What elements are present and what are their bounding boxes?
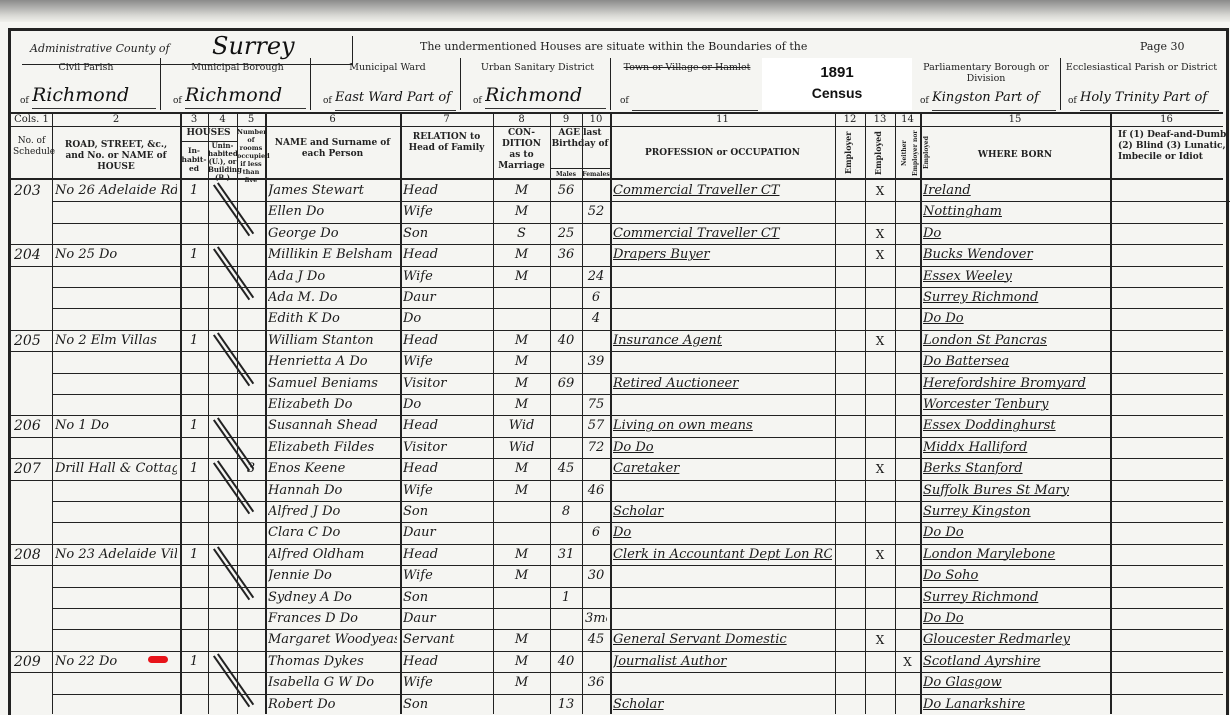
cell-name: Ellen Do bbox=[268, 203, 397, 221]
cell-born: Worcester Tenbury bbox=[923, 396, 1107, 414]
cell-relation: Son bbox=[403, 589, 490, 607]
header-field-divider bbox=[310, 58, 311, 110]
column-header-c12: Employer bbox=[843, 130, 854, 176]
cell-born: Surrey Kingston bbox=[923, 503, 1107, 521]
table-row: Hannah DoWifeM46Suffolk Bures St Mary bbox=[11, 480, 1223, 501]
table-row: 207Drill Hall & Cottage13Enos KeeneHeadM… bbox=[11, 458, 1223, 479]
table-row: Jennie DoWifeM30Do Soho bbox=[11, 565, 1223, 586]
cell-relation: Daur bbox=[403, 289, 490, 307]
table-row: Elizabeth FildesVisitorWid72Do DoMiddx H… bbox=[11, 437, 1223, 458]
cell-female-age: 6 bbox=[585, 289, 607, 307]
cell-address: No 1 Do bbox=[55, 417, 177, 435]
admin-county-box: Administrative County of Surrey bbox=[22, 36, 353, 65]
household-divider bbox=[11, 415, 1223, 416]
cell-female-age: 30 bbox=[585, 567, 607, 585]
cell-male-age: 56 bbox=[553, 182, 579, 200]
cell-relation: Head bbox=[403, 460, 490, 478]
cell-born: Surrey Richmond bbox=[923, 589, 1107, 607]
cell-occupation: Retired Auctioneer bbox=[613, 375, 832, 393]
cell-schedule: 203 bbox=[14, 182, 49, 200]
of-prefix: of bbox=[473, 96, 482, 106]
header-field-value: Kingston Part of bbox=[932, 90, 1056, 111]
cell-female-age: 75 bbox=[585, 396, 607, 414]
column-header-c8: CON-DITION as to Marriage bbox=[495, 128, 548, 172]
column-number: 3 bbox=[180, 114, 208, 125]
cell-name: Ada M. Do bbox=[268, 289, 397, 307]
cell-name: Elizabeth Do bbox=[268, 396, 397, 414]
column-header-c5: Number of rooms occupied if less than fi… bbox=[237, 128, 265, 184]
cell-address: No 2 Elm Villas bbox=[55, 332, 177, 350]
red-highlight-mark bbox=[148, 656, 168, 663]
of-prefix: of bbox=[1068, 96, 1077, 106]
of-prefix: of bbox=[323, 96, 332, 106]
cell-relation: Son bbox=[403, 696, 490, 714]
table-row: Isabella G W DoWifeM36Do Glasgow bbox=[11, 672, 1223, 693]
column-number: 13 bbox=[865, 114, 895, 125]
cell-female-age: 36 bbox=[585, 674, 607, 692]
cell-occupation: Caretaker bbox=[613, 460, 832, 478]
cell-male-age: 40 bbox=[553, 332, 579, 350]
column-number: 7 bbox=[400, 114, 493, 125]
census-page: Administrative County of Surrey The unde… bbox=[0, 0, 1230, 715]
table-row: 203No 26 Adelaide Rd1James StewartHeadM5… bbox=[11, 180, 1223, 201]
scan-edge bbox=[0, 0, 1230, 22]
cell-address: Drill Hall & Cottage bbox=[55, 460, 177, 478]
cell-relation: Servant bbox=[403, 631, 490, 649]
header-field-label: Municipal Ward bbox=[315, 62, 460, 73]
cell-female-age: 52 bbox=[585, 203, 607, 221]
column-number: Cols. 1 bbox=[11, 114, 52, 125]
cell-neither: X bbox=[898, 653, 917, 671]
cell-male-age: 36 bbox=[553, 246, 579, 264]
cell-name: Margaret Woodyeass bbox=[268, 631, 397, 649]
column-number: 16 bbox=[1110, 114, 1223, 125]
cell-born: Do Do bbox=[923, 610, 1107, 628]
cell-occupation: Scholar bbox=[613, 696, 832, 714]
cell-born: Surrey Richmond bbox=[923, 289, 1107, 307]
cell-relation: Do bbox=[403, 396, 490, 414]
of-prefix: of bbox=[920, 96, 929, 106]
column-number: 4 bbox=[208, 114, 237, 125]
header-field-label: Civil Parish bbox=[12, 62, 160, 73]
cell-condition: M bbox=[496, 482, 547, 500]
cell-female-age: 3mo bbox=[585, 610, 607, 628]
column-header-c6: NAME and Surname of each Person bbox=[267, 138, 398, 160]
cell-born: Scotland Ayrshire bbox=[923, 653, 1107, 671]
table-row: Ellen DoWifeM52Nottingham bbox=[11, 201, 1223, 222]
column-number: 9 bbox=[550, 114, 582, 125]
cell-name: Isabella G W Do bbox=[268, 674, 397, 692]
cell-schedule: 208 bbox=[14, 546, 49, 564]
cell-name: Ada J Do bbox=[268, 268, 397, 286]
cell-employed: X bbox=[868, 246, 892, 264]
cell-born: Berks Stanford bbox=[923, 460, 1107, 478]
cell-male-age: 1 bbox=[553, 589, 579, 607]
table-row: Margaret WoodyeassServantM45General Serv… bbox=[11, 629, 1223, 650]
cell-relation: Son bbox=[403, 503, 490, 521]
cell-female-age: 57 bbox=[585, 417, 607, 435]
cell-male-age: 13 bbox=[553, 696, 579, 714]
cell-name: George Do bbox=[268, 225, 397, 243]
table-row: Alfred J DoSon8ScholarSurrey Kingston bbox=[11, 501, 1223, 522]
column-header-c11: PROFESSION or OCCUPATION bbox=[612, 148, 833, 159]
cell-born: Herefordshire Bromyard bbox=[923, 375, 1107, 393]
header-field-label: Town or Village or Hamlet bbox=[612, 62, 762, 73]
cell-occupation: Living on own means bbox=[613, 417, 832, 435]
column-header-c2: ROAD, STREET, &c., and No. or NAME of HO… bbox=[54, 140, 178, 173]
cell-condition: Wid bbox=[496, 417, 547, 435]
cell-schedule: 204 bbox=[14, 246, 49, 264]
cell-schedule: 206 bbox=[14, 417, 49, 435]
cell-relation: Head bbox=[403, 182, 490, 200]
cell-employed: X bbox=[868, 546, 892, 564]
cell-relation: Do bbox=[403, 310, 490, 328]
cell-born: Nottingham bbox=[923, 203, 1107, 221]
household-divider bbox=[11, 458, 1223, 459]
table-row: 206No 1 Do1Susannah SheadHeadWid57Living… bbox=[11, 415, 1223, 436]
cell-born: Do Lanarkshire bbox=[923, 696, 1107, 714]
cell-rooms: 3 bbox=[240, 460, 262, 478]
table-row: Edith K DoDo4Do Do bbox=[11, 308, 1223, 329]
column-header-c4: Unin-habited (U.), or Building (B.) bbox=[208, 142, 237, 182]
cell-inhabited: 1 bbox=[183, 460, 205, 478]
column-number: 8 bbox=[493, 114, 550, 125]
cell-address: No 23 Adelaide Villas bbox=[55, 546, 177, 564]
cell-condition: M bbox=[496, 567, 547, 585]
table-row: 208No 23 Adelaide Villas1Alfred OldhamHe… bbox=[11, 544, 1223, 565]
table-row: Ada J DoWifeM24Essex Weeley bbox=[11, 266, 1223, 287]
household-divider bbox=[11, 330, 1223, 331]
cell-inhabited: 1 bbox=[183, 246, 205, 264]
cell-relation: Wife bbox=[403, 268, 490, 286]
cell-born: Do Soho bbox=[923, 567, 1107, 585]
cell-name: Henrietta A Do bbox=[268, 353, 397, 371]
household-divider bbox=[11, 544, 1223, 545]
table-row: Samuel BeniamsVisitorM69Retired Auctione… bbox=[11, 373, 1223, 394]
table-row: Clara C DoDaur6DoDo Do bbox=[11, 522, 1223, 543]
cell-employed: X bbox=[868, 332, 892, 350]
household-divider bbox=[11, 244, 1223, 245]
column-header-age: AGE last Birthday of bbox=[550, 128, 610, 150]
cell-born: Middx Halliford bbox=[923, 439, 1107, 457]
header-field-label: Ecclesiastical Parish or District bbox=[1060, 62, 1223, 73]
cell-occupation: Journalist Author bbox=[613, 653, 832, 671]
admin-county-label: Administrative County of bbox=[30, 42, 170, 55]
cell-inhabited: 1 bbox=[183, 182, 205, 200]
cell-born: Essex Weeley bbox=[923, 268, 1107, 286]
cell-born: London St Pancras bbox=[923, 332, 1107, 350]
cell-schedule: 209 bbox=[14, 653, 49, 671]
household-divider bbox=[11, 651, 1223, 652]
cell-relation: Head bbox=[403, 246, 490, 264]
cell-female-age: 24 bbox=[585, 268, 607, 286]
of-prefix: of bbox=[20, 96, 29, 106]
cell-relation: Wife bbox=[403, 353, 490, 371]
header-field-divider bbox=[160, 58, 161, 110]
table-row: Sydney A DoSon1Surrey Richmond bbox=[11, 587, 1223, 608]
cell-relation: Wife bbox=[403, 567, 490, 585]
admin-county-value: Surrey bbox=[212, 32, 295, 60]
column-number: 12 bbox=[835, 114, 865, 125]
header-field-label: Urban Sanitary District bbox=[465, 62, 610, 73]
cell-relation: Head bbox=[403, 417, 490, 435]
table-row: Elizabeth DoDoM75Worcester Tenbury bbox=[11, 394, 1223, 415]
census-label: Census bbox=[762, 85, 912, 101]
cell-name: William Stanton bbox=[268, 332, 397, 350]
column-number: 2 bbox=[52, 114, 180, 125]
cell-born: Do Do bbox=[923, 524, 1107, 542]
page-number: Page 30 bbox=[1140, 40, 1185, 53]
column-header-c7: RELATION to Head of Family bbox=[402, 132, 491, 154]
cell-condition: M bbox=[496, 182, 547, 200]
column-header-c13: Employed bbox=[873, 130, 884, 176]
cell-relation: Wife bbox=[403, 203, 490, 221]
cell-condition: S bbox=[496, 225, 547, 243]
header-field-divider bbox=[460, 58, 461, 110]
header-field-label: Municipal Borough bbox=[165, 62, 310, 73]
cell-name: Thomas Dykes bbox=[268, 653, 397, 671]
cell-condition: M bbox=[496, 631, 547, 649]
cell-born: Suffolk Bures St Mary bbox=[923, 482, 1107, 500]
cell-condition: Wid bbox=[496, 439, 547, 457]
cell-name: Samuel Beniams bbox=[268, 375, 397, 393]
cell-employed: X bbox=[868, 225, 892, 243]
cell-name: Alfred J Do bbox=[268, 503, 397, 521]
header-field-value: Richmond bbox=[485, 84, 606, 109]
cell-born: Do Battersea bbox=[923, 353, 1107, 371]
cell-inhabited: 1 bbox=[183, 332, 205, 350]
cell-relation: Head bbox=[403, 332, 490, 350]
cell-condition: M bbox=[496, 396, 547, 414]
header-field-value: Holy Trinity Part of bbox=[1080, 90, 1219, 111]
cell-condition: M bbox=[496, 268, 547, 286]
cell-male-age: 40 bbox=[553, 653, 579, 671]
cell-relation: Head bbox=[403, 546, 490, 564]
column-number: 15 bbox=[920, 114, 1110, 125]
column-number: 6 bbox=[265, 114, 400, 125]
cell-born: Ireland bbox=[923, 182, 1107, 200]
cell-name: Hannah Do bbox=[268, 482, 397, 500]
cell-inhabited: 1 bbox=[183, 546, 205, 564]
table-row: Robert DoSon13ScholarDo Lanarkshire bbox=[11, 694, 1223, 715]
cell-employed: X bbox=[868, 631, 892, 649]
cell-name: Sydney A Do bbox=[268, 589, 397, 607]
cell-name: Edith K Do bbox=[268, 310, 397, 328]
cell-occupation: Drapers Buyer bbox=[613, 246, 832, 264]
cell-name: Robert Do bbox=[268, 696, 397, 714]
cell-condition: M bbox=[496, 246, 547, 264]
cell-employed: X bbox=[868, 182, 892, 200]
cell-born: Gloucester Redmarley bbox=[923, 631, 1107, 649]
cell-female-age: 4 bbox=[585, 310, 607, 328]
cell-relation: Wife bbox=[403, 482, 490, 500]
cell-name: Elizabeth Fildes bbox=[268, 439, 397, 457]
cell-occupation: Scholar bbox=[613, 503, 832, 521]
cell-name: Millikin E Belsham bbox=[268, 246, 397, 264]
of-prefix: of bbox=[620, 96, 629, 106]
table-row: 209No 22 Do1Thomas DykesHeadM40Journalis… bbox=[11, 651, 1223, 672]
cell-occupation: Do Do bbox=[613, 439, 832, 457]
table-row: 205No 2 Elm Villas1William StantonHeadM4… bbox=[11, 330, 1223, 351]
cell-schedule: 207 bbox=[14, 460, 49, 478]
table-row: 204No 25 Do1Millikin E BelshamHeadM36Dra… bbox=[11, 244, 1223, 265]
column-number: 14 bbox=[895, 114, 920, 125]
cell-occupation: Insurance Agent bbox=[613, 332, 832, 350]
cell-occupation: Commercial Traveller CT bbox=[613, 182, 832, 200]
table-row: Ada M. DoDaur6Surrey Richmond bbox=[11, 287, 1223, 308]
cell-occupation: Do bbox=[613, 524, 832, 542]
cell-born: Do bbox=[923, 225, 1107, 243]
cell-relation: Visitor bbox=[403, 375, 490, 393]
column-number-divider bbox=[11, 126, 1223, 127]
cell-name: Susannah Shead bbox=[268, 417, 397, 435]
cell-address: No 25 Do bbox=[55, 246, 177, 264]
cell-name: Jennie Do bbox=[268, 567, 397, 585]
cell-condition: M bbox=[496, 674, 547, 692]
cell-born: Do Do bbox=[923, 310, 1107, 328]
cell-female-age: 6 bbox=[585, 524, 607, 542]
cell-male-age: 8 bbox=[553, 503, 579, 521]
census-year: 1891 bbox=[762, 64, 912, 81]
boundaries-text: The undermentioned Houses are situate wi… bbox=[420, 40, 807, 53]
cell-relation: Daur bbox=[403, 524, 490, 542]
cell-female-age: 46 bbox=[585, 482, 607, 500]
cell-name: Enos Keene bbox=[268, 460, 397, 478]
cell-relation: Son bbox=[403, 225, 490, 243]
column-header-c15: WHERE BORN bbox=[922, 150, 1108, 161]
cell-female-age: 39 bbox=[585, 353, 607, 371]
cell-occupation: Commercial Traveller CT bbox=[613, 225, 832, 243]
header-field-value: East Ward Part of bbox=[335, 90, 456, 111]
table-row: Henrietta A DoWifeM39Do Battersea bbox=[11, 351, 1223, 372]
cell-male-age: 45 bbox=[553, 460, 579, 478]
cell-address: No 26 Adelaide Rd bbox=[55, 182, 177, 200]
cell-schedule: 205 bbox=[14, 332, 49, 350]
column-header-c3: In-habit-ed bbox=[180, 146, 208, 173]
cell-relation: Head bbox=[403, 653, 490, 671]
census-badge: 1891 Census bbox=[762, 58, 912, 110]
cell-occupation: Clerk in Accountant Dept Lon RCl bbox=[613, 546, 832, 564]
of-prefix: of bbox=[173, 96, 182, 106]
header-field-label: Parliamentary Borough or Division bbox=[912, 62, 1060, 84]
cell-male-age: 31 bbox=[553, 546, 579, 564]
cell-born: Essex Doddinghurst bbox=[923, 417, 1107, 435]
cell-inhabited: 1 bbox=[183, 653, 205, 671]
cell-relation: Visitor bbox=[403, 439, 490, 457]
column-number: 5 bbox=[237, 114, 265, 125]
cell-female-age: 72 bbox=[585, 439, 607, 457]
cell-name: Alfred Oldham bbox=[268, 546, 397, 564]
cell-born: Do Glasgow bbox=[923, 674, 1107, 692]
header-field-divider bbox=[610, 58, 611, 110]
cell-male-age: 25 bbox=[553, 225, 579, 243]
column-header-c1: No. of Schedule bbox=[13, 136, 50, 158]
table-row: George DoSonS25Commercial Traveller CTXD… bbox=[11, 223, 1223, 244]
cell-condition: M bbox=[496, 546, 547, 564]
cell-condition: M bbox=[496, 353, 547, 371]
cell-male-age: 69 bbox=[553, 375, 579, 393]
column-header-c16: If (1) Deaf-and-Dumb (2) Blind (3) Lunat… bbox=[1112, 130, 1227, 163]
cell-relation: Wife bbox=[403, 674, 490, 692]
cell-inhabited: 1 bbox=[183, 417, 205, 435]
cell-occupation: General Servant Domestic bbox=[613, 631, 832, 649]
cell-born: Bucks Wendover bbox=[923, 246, 1107, 264]
column-number: 11 bbox=[610, 114, 835, 125]
cell-name: Frances D Do bbox=[268, 610, 397, 628]
header-field-value: Richmond bbox=[32, 84, 156, 109]
cell-condition: M bbox=[496, 203, 547, 221]
cell-female-age: 45 bbox=[585, 631, 607, 649]
cell-name: James Stewart bbox=[268, 182, 397, 200]
column-header-c14: Neither Employer nor Employed bbox=[899, 130, 932, 176]
column-number: 10 bbox=[582, 114, 610, 125]
cell-name: Clara C Do bbox=[268, 524, 397, 542]
table-row: Frances D DoDaur3moDo Do bbox=[11, 608, 1223, 629]
cell-condition: M bbox=[496, 375, 547, 393]
cell-condition: M bbox=[496, 332, 547, 350]
header-field-value bbox=[632, 90, 758, 111]
cell-born: London Marylebone bbox=[923, 546, 1107, 564]
cell-employed: X bbox=[868, 460, 892, 478]
cell-relation: Daur bbox=[403, 610, 490, 628]
header-field-value: Richmond bbox=[185, 84, 306, 109]
cell-condition: M bbox=[496, 460, 547, 478]
cell-condition: M bbox=[496, 653, 547, 671]
